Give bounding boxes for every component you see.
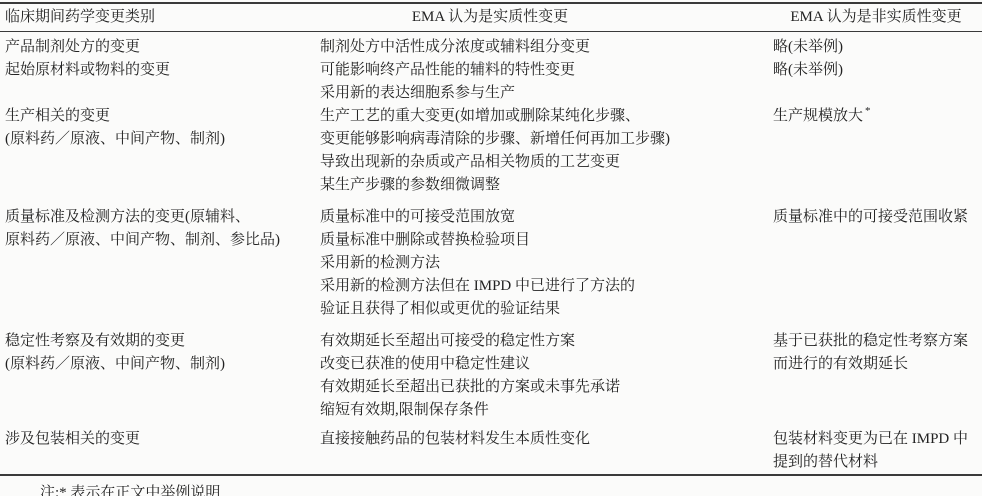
table-header-row: 临床期间药学变更类别 EMA 认为是实质性变更 EMA 认为是非实质性变更	[0, 2, 982, 32]
col-header-substantial: EMA 认为是实质性变更	[314, 4, 770, 31]
non-substantial-cell: 基于已获批的稳定性考察方案 而进行的有效期延长	[770, 330, 982, 422]
table-row: 生产相关的变更 (原料药／原液、中间产物、制剂) 生产工艺的重大变更(如增加或删…	[0, 105, 982, 197]
cell-line: 涉及包装相关的变更	[5, 428, 314, 451]
table-body: 产品制剂处方的变更 制剂处方中活性成分浓度或辅料组分变更 略(未举例) 起始原材…	[0, 32, 982, 476]
cell-line: 某生产步骤的参数细微调整	[320, 174, 770, 197]
non-substantial-cell: 生产规模放大*	[770, 105, 982, 197]
cell-line: 产品制剂处方的变更	[5, 36, 314, 59]
cell-line: 基于已获批的稳定性考察方案	[773, 330, 982, 353]
cell-line: (原料药／原液、中间产物、制剂)	[5, 353, 314, 376]
cell-line: 起始原材料或物料的变更	[5, 59, 314, 82]
cell-line: (原料药／原液、中间产物、制剂)	[5, 128, 314, 151]
substantial-cell: 直接接触药品的包装材料发生本质性变化	[314, 428, 770, 474]
cell-line: 略(未举例)	[773, 59, 982, 82]
non-substantial-cell: 略(未举例)	[770, 36, 982, 59]
cell-line: 有效期延长至超出可接受的稳定性方案	[320, 330, 770, 353]
category-cell: 稳定性考察及有效期的变更 (原料药／原液、中间产物、制剂)	[0, 330, 314, 422]
cell-line: 有效期延长至超出已获批的方案或未事先承诺	[320, 376, 770, 399]
table-footnote: 注:* 表示在正文中举例说明	[0, 482, 982, 496]
substantial-cell: 可能影响终产品性能的辅料的特性变更 采用新的表达细胞系参与生产	[314, 59, 770, 105]
category-cell: 质量标准及检测方法的变更(原辅料、 原料药／原液、中间产物、制剂、参比品)	[0, 206, 314, 321]
changes-table: 临床期间药学变更类别 EMA 认为是实质性变更 EMA 认为是非实质性变更 产品…	[0, 0, 982, 496]
cell-line: 验证且获得了相似或更优的验证结果	[320, 298, 770, 321]
non-substantial-cell: 略(未举例)	[770, 59, 982, 105]
cell-line: 直接接触药品的包装材料发生本质性变化	[320, 428, 770, 451]
cell-line: 变更能够影响病毒清除的步骤、新增任何再加工步骤)	[320, 128, 770, 151]
cell-line: 略(未举例)	[773, 36, 982, 59]
cell-line-text: 生产规模放大	[773, 108, 863, 124]
cell-line: 缩短有效期,限制保存条件	[320, 399, 770, 422]
col-header-category: 临床期间药学变更类别	[0, 4, 314, 31]
cell-line: 生产工艺的重大变更(如增加或删除某纯化步骤、	[320, 105, 770, 128]
table-row: 稳定性考察及有效期的变更 (原料药／原液、中间产物、制剂) 有效期延长至超出可接…	[0, 321, 982, 422]
cell-line: 稳定性考察及有效期的变更	[5, 330, 314, 353]
category-cell: 涉及包装相关的变更	[0, 428, 314, 474]
category-cell: 生产相关的变更 (原料药／原液、中间产物、制剂)	[0, 105, 314, 197]
cell-line: 生产相关的变更	[5, 105, 314, 128]
cell-line: 采用新的检测方法	[320, 252, 770, 275]
cell-line: 改变已获准的使用中稳定性建议	[320, 353, 770, 376]
cell-line: 导致出现新的杂质或产品相关物质的工艺变更	[320, 151, 770, 174]
cell-line: 采用新的表达细胞系参与生产	[320, 82, 770, 105]
cell-line: 采用新的检测方法但在 IMPD 中已进行了方法的	[320, 275, 770, 298]
substantial-cell: 制剂处方中活性成分浓度或辅料组分变更	[314, 36, 770, 59]
cell-line: 而进行的有效期延长	[773, 353, 982, 376]
col-header-non-substantial: EMA 认为是非实质性变更	[770, 4, 982, 31]
cell-line: 原料药／原液、中间产物、制剂、参比品)	[5, 229, 314, 252]
table-row: 起始原材料或物料的变更 可能影响终产品性能的辅料的特性变更 采用新的表达细胞系参…	[0, 59, 982, 105]
table-row: 质量标准及检测方法的变更(原辅料、 原料药／原液、中间产物、制剂、参比品) 质量…	[0, 197, 982, 321]
non-substantial-cell: 包装材料变更为已在 IMPD 中 提到的替代材料	[770, 428, 982, 474]
cell-line: 可能影响终产品性能的辅料的特性变更	[320, 59, 770, 82]
cell-line: 质量标准中的可接受范围放宽	[320, 206, 770, 229]
cell-line: 包装材料变更为已在 IMPD 中	[773, 428, 982, 451]
category-cell: 起始原材料或物料的变更	[0, 59, 314, 105]
table-row: 产品制剂处方的变更 制剂处方中活性成分浓度或辅料组分变更 略(未举例)	[0, 36, 982, 59]
cell-line: 生产规模放大*	[773, 105, 982, 128]
cell-line: 质量标准中的可接受范围收紧	[773, 206, 982, 229]
substantial-cell: 有效期延长至超出可接受的稳定性方案 改变已获准的使用中稳定性建议 有效期延长至超…	[314, 330, 770, 422]
non-substantial-cell: 质量标准中的可接受范围收紧	[770, 206, 982, 321]
category-cell: 产品制剂处方的变更	[0, 36, 314, 59]
cell-line: 制剂处方中活性成分浓度或辅料组分变更	[320, 36, 770, 59]
cell-line: 质量标准及检测方法的变更(原辅料、	[5, 206, 314, 229]
footnote-asterisk: *	[865, 105, 871, 117]
table-row: 涉及包装相关的变更 直接接触药品的包装材料发生本质性变化 包装材料变更为已在 I…	[0, 422, 982, 474]
cell-line: 质量标准中删除或替换检验项目	[320, 229, 770, 252]
cell-line: 提到的替代材料	[773, 451, 982, 474]
substantial-cell: 质量标准中的可接受范围放宽 质量标准中删除或替换检验项目 采用新的检测方法 采用…	[314, 206, 770, 321]
substantial-cell: 生产工艺的重大变更(如增加或删除某纯化步骤、 变更能够影响病毒清除的步骤、新增任…	[314, 105, 770, 197]
